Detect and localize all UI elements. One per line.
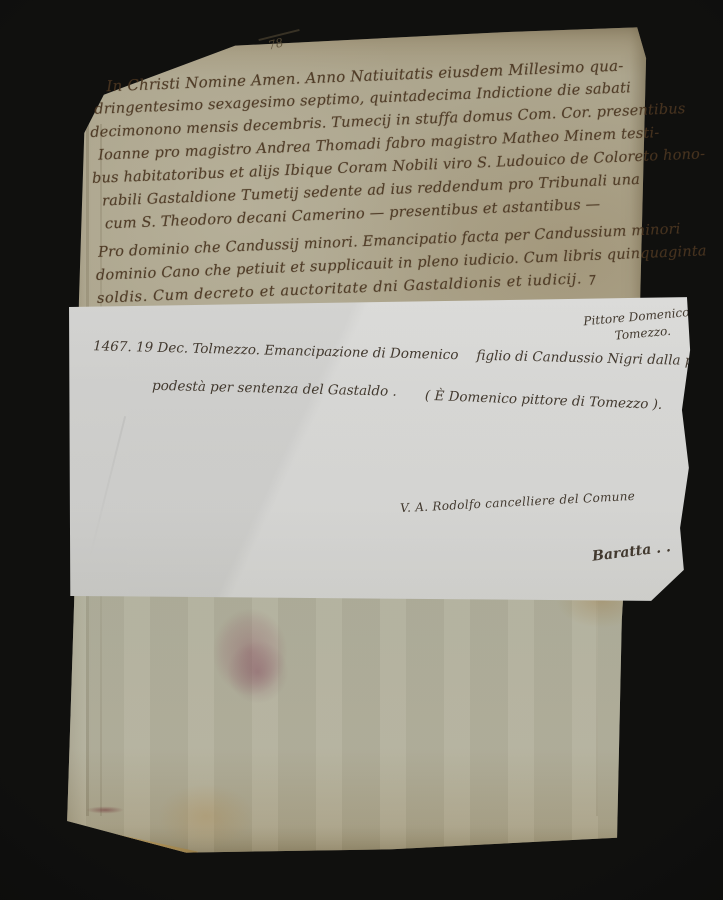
tan-stain [146, 776, 266, 856]
slip-entry-person-text: figlio di Candussio Nigri dalla patria [476, 348, 723, 370]
slip-entry-date-text: 1467. 19 Dec. Tolmezzo. Emancipazione di… [93, 338, 459, 363]
slip-entry-sentence-text: podestà per sentenza del Gastaldo . [152, 378, 397, 400]
photo-background: 78 In Christi Nomine Amen. Anno Natiuita… [0, 0, 723, 900]
red-stain-speck [84, 806, 126, 814]
slip-clerk-note: V. A. Rodolfo cancelliere del Comune [400, 489, 636, 515]
slip-signature: Baratta . . [591, 539, 671, 564]
archivist-note-slip: Pittore Domenico di Tomezzo. 1467. 19 De… [64, 294, 692, 604]
slip-entry-line-2: podestà per sentenza del Gastaldo . ( È … [152, 378, 662, 406]
slip-entry-parenthetical-text: ( È Domenico pittore di Tomezzo ). [424, 388, 662, 413]
slip-corner-note: Pittore Domenico di Tomezzo. [583, 303, 707, 347]
folio-number: 78 [267, 36, 285, 51]
red-stain [202, 596, 298, 708]
manuscript-text-block: In Christi Nomine Amen. Anno Natiuitatis… [88, 54, 657, 311]
slip-crease [88, 416, 126, 562]
